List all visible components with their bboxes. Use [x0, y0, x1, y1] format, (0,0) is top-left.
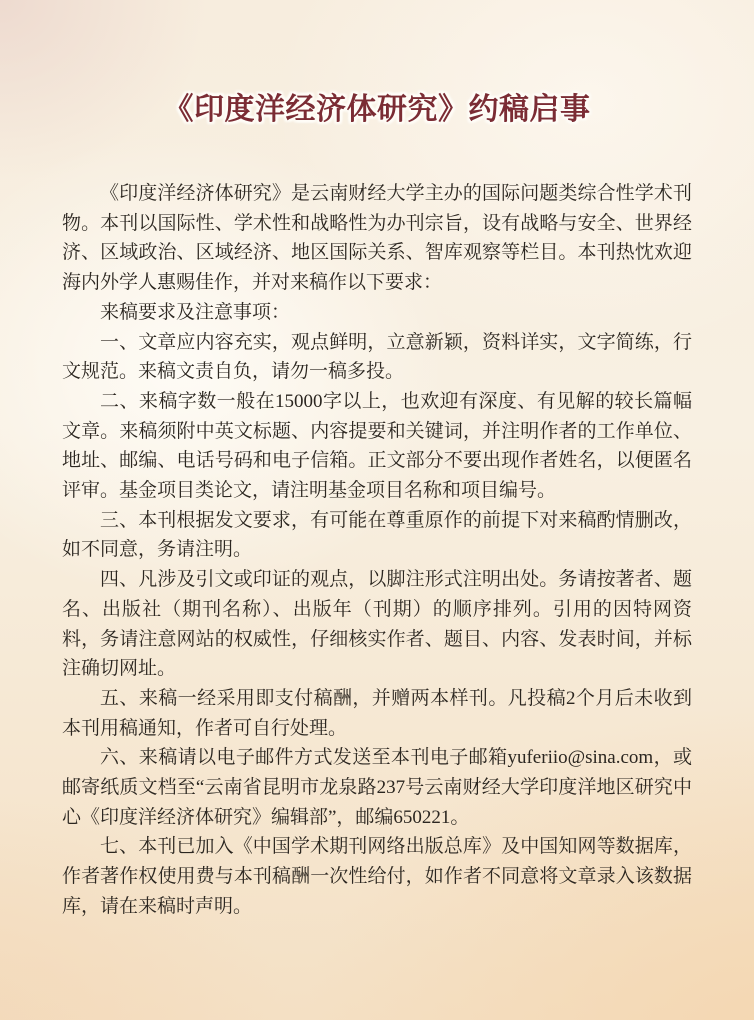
item-4-citation-format: 四、凡涉及引文或印证的观点，以脚注形式注明出处。务请按著者、题名、出版社（期刊名… [62, 565, 692, 684]
item-7-database-inclusion: 七、本刊已加入《中国学术期刊网络出版总库》及中国知网等数据库，作者著作权使用费与… [62, 832, 692, 921]
item-6-submission-address: 六、来稿请以电子邮件方式发送至本刊电子邮箱yuferiio@sina.com，或… [62, 743, 692, 832]
item-3-editing-rights: 三、本刊根据发文要求，有可能在尊重原作的前提下对来稿酌情删改，如不同意，务请注明… [62, 506, 692, 565]
page-title: 《印度洋经济体研究》约稿启事 [0, 84, 754, 128]
item-5-payment-samples: 五、来稿一经采用即支付稿酬，并赠两本样刊。凡投稿2个月后未收到本刊用稿通知，作者… [62, 684, 692, 743]
requirements-heading: 来稿要求及注意事项： [62, 298, 692, 328]
item-1-content-quality: 一、文章应内容充实，观点鲜明，立意新颖，资料详实，文字简练，行文规范。来稿文责自… [62, 328, 692, 387]
intro-paragraph: 《印度洋经济体研究》是云南财经大学主办的国际问题类综合性学术刊物。本刊以国际性、… [62, 179, 692, 298]
document-body: 《印度洋经济体研究》是云南财经大学主办的国际问题类综合性学术刊物。本刊以国际性、… [62, 179, 692, 922]
item-2-word-count: 二、来稿字数一般在15000字以上，也欢迎有深度、有见解的较长篇幅文章。来稿须附… [62, 387, 692, 506]
document-page: 《印度洋经济体研究》约稿启事 《印度洋经济体研究》是云南财经大学主办的国际问题类… [0, 0, 754, 1020]
